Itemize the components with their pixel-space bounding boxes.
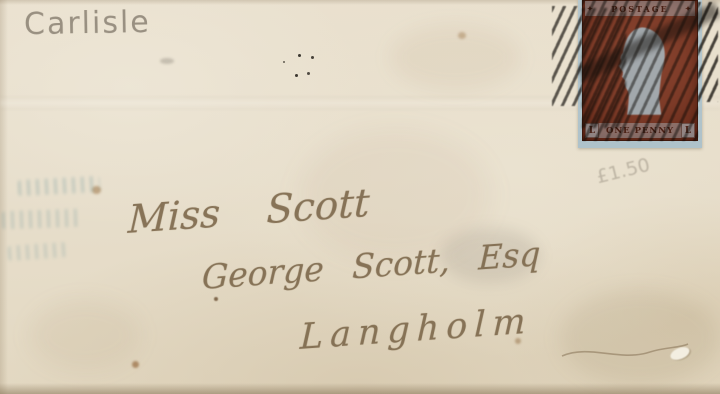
ink-speck [311, 56, 314, 59]
stain [30, 300, 140, 370]
pencil-note-carlisle: Carlisle [24, 5, 151, 42]
ink-speck [295, 74, 298, 77]
cancellation-overrun-left [552, 6, 582, 106]
pencil-smudge [160, 58, 174, 64]
foxing-spot [214, 297, 218, 301]
cancellation-overrun-right [698, 2, 718, 102]
edge-shadow-bottom [0, 383, 720, 394]
postmark-fragment-row [18, 176, 101, 196]
stamp-group: ✦ POSTAGE ✦ L ONE PENNY L [552, 0, 720, 150]
blue-postmark-smudge [0, 172, 110, 277]
address-line-town: Langholm [299, 302, 533, 358]
envelope-cover: Carlisle £1.50 ✦ POSTAGE ✦ L ONE PENNY L [0, 0, 720, 394]
foxing-spot [132, 361, 139, 368]
penny-red-stamp: ✦ POSTAGE ✦ L ONE PENNY L [582, 0, 698, 141]
foxing-spot [458, 32, 466, 39]
pencil-note-price: £1.50 [594, 154, 652, 189]
postmark-fragment-row [8, 242, 67, 261]
stamp-blued-paper-margin: ✦ POSTAGE ✦ L ONE PENNY L [578, 0, 702, 148]
ink-speck [298, 54, 301, 57]
address-flourish [560, 336, 690, 366]
postmark-fragment-row [2, 209, 81, 230]
ink-speck [307, 72, 310, 75]
ink-speck [283, 61, 285, 63]
stain [390, 25, 520, 90]
